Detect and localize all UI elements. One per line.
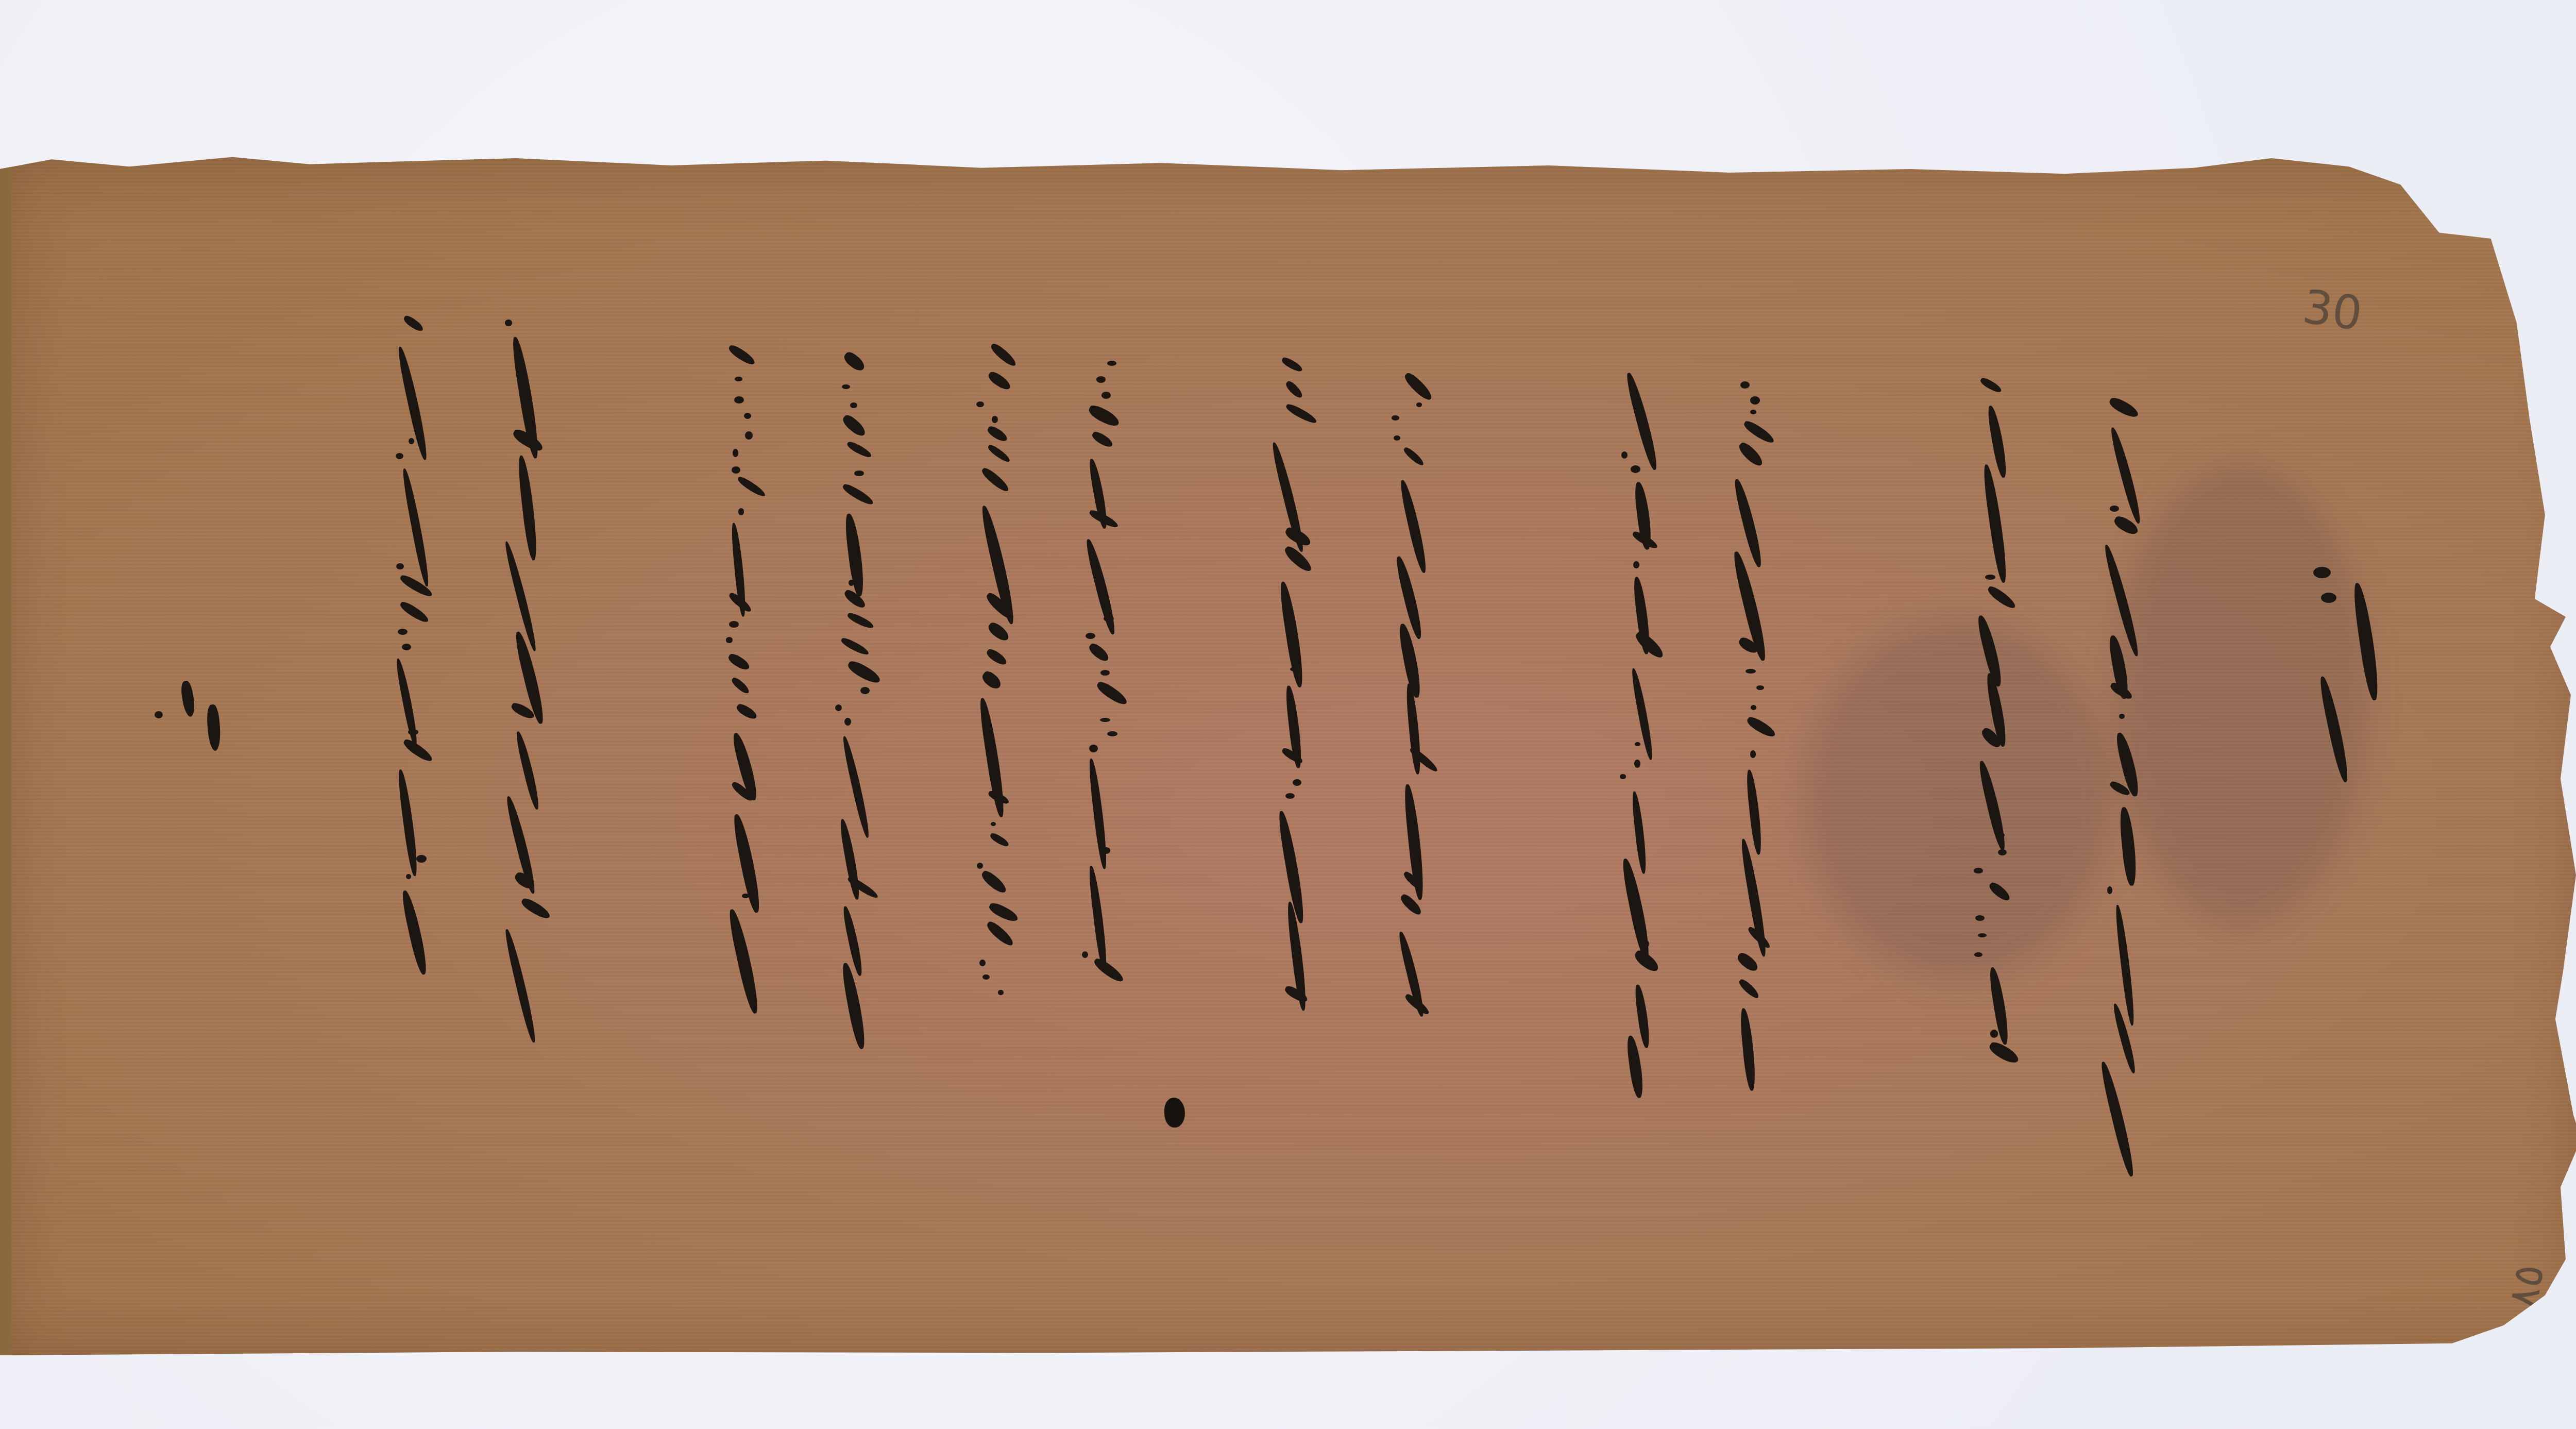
couplet-line	[1273, 361, 1309, 1005]
couplet-line	[835, 356, 871, 989]
couplet-line	[1082, 361, 1118, 989]
couplet-line	[721, 350, 757, 969]
couplet-line	[1391, 381, 1427, 1031]
ink-blot	[1164, 1098, 1185, 1128]
stain	[1803, 618, 2112, 979]
couplet-line	[2102, 402, 2138, 1082]
page-binding-edge	[0, 155, 11, 1355]
folio-number: 30	[2299, 280, 2365, 342]
couplet-line	[1731, 381, 1767, 1072]
couplet-line	[1618, 371, 1654, 1041]
couplet-line	[1973, 381, 2009, 1067]
couplet-line	[392, 320, 428, 938]
couplet-line	[505, 320, 541, 959]
couplet-line	[974, 350, 1010, 1005]
manuscript-page: 30 ٨٥	[0, 155, 2576, 1355]
